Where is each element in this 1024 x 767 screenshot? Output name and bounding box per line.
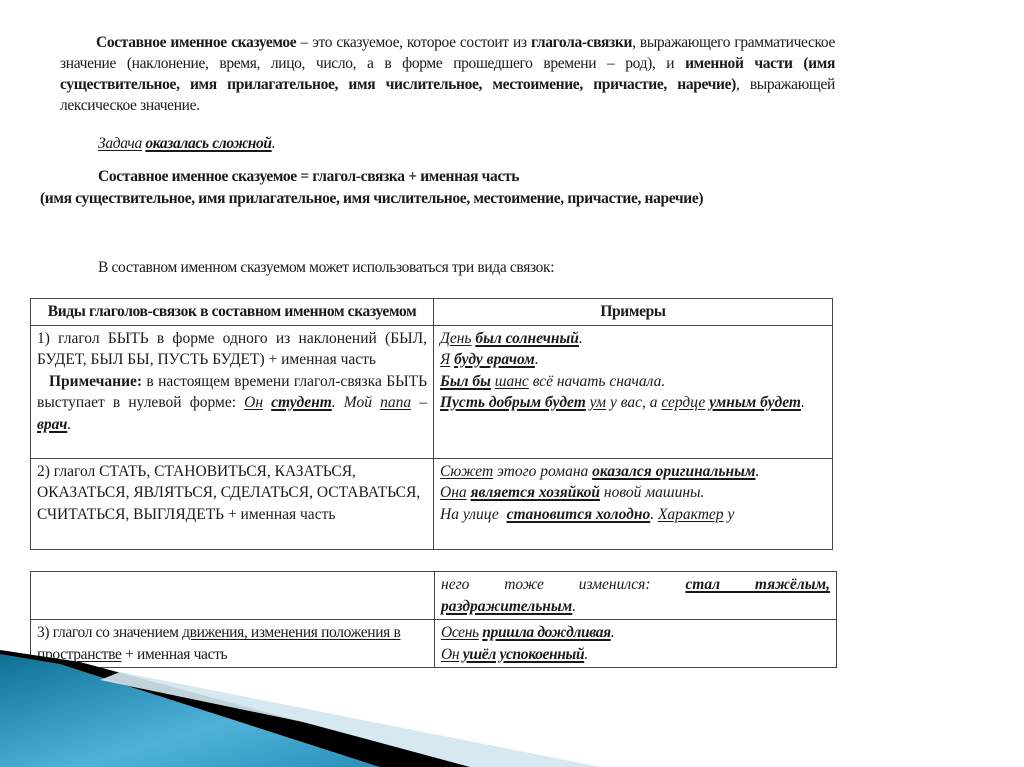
formula-title: Составное именное сказуемое = глагол-свя…	[98, 166, 519, 187]
examples-cell-1: День был солнечный. Я буду врачом. Был б…	[434, 325, 833, 458]
example-text: .	[801, 394, 805, 411]
type-description: 3) глагол со значением	[37, 624, 182, 641]
example-predicate: был солнечный	[475, 330, 579, 347]
example-text: .	[579, 330, 583, 347]
example-subject: Задача	[98, 135, 142, 152]
example-predicate: оказался оригинальным	[592, 463, 755, 480]
example-word: Характер	[658, 506, 724, 523]
example-line: Сюжет этого романа оказался оригинальным…	[440, 461, 826, 483]
example-word: Я	[440, 351, 450, 368]
example-line: Пусть добрым будет ум у вас, а сердце ум…	[440, 392, 826, 414]
definition-link-verb: глагола-связки	[531, 34, 632, 51]
example-word: Сюжет	[440, 463, 493, 480]
example-text: На улице	[440, 506, 507, 523]
table-header-row: Виды глаголов-связок в составном именном…	[31, 299, 833, 326]
note-example-word: студент	[271, 394, 332, 411]
example-text: этого романа	[493, 463, 592, 480]
note-example-word: папа	[380, 394, 411, 411]
definition-text: – это сказуемое, которое состоит из	[296, 34, 531, 51]
example-sentence: Задача оказалась сложной.	[98, 133, 275, 154]
example-text: у	[724, 506, 735, 523]
note-example-text: .	[67, 416, 71, 433]
example-line: На улице становится холодно. Характер у	[440, 504, 826, 526]
example-word: Она	[440, 484, 467, 501]
table-row: него тоже изменился: стал тяжёлым, раздр…	[31, 572, 837, 620]
example-word: шанс	[495, 373, 529, 390]
example-text: него тоже изменился:	[441, 576, 685, 593]
example-predicate: Пусть добрым будет	[440, 394, 586, 411]
type-cell-1: 1) глагол БЫТЬ в форме одного из наклоне…	[31, 325, 434, 458]
example-text: .	[572, 598, 576, 615]
definition-paragraph: Составное именное сказуемое – это сказуе…	[60, 32, 835, 116]
empty-cell	[31, 572, 435, 620]
examples-cell-2-continued: него тоже изменился: стал тяжёлым, раздр…	[435, 572, 837, 620]
example-text: новой машины.	[600, 484, 704, 501]
example-word: ум	[590, 394, 606, 411]
example-predicate: становится холодно	[507, 506, 651, 523]
example-predicate: оказалась сложной	[145, 135, 271, 152]
table-row: 1) глагол БЫТЬ в форме одного из наклоне…	[31, 325, 833, 458]
example-text: .	[755, 463, 759, 480]
definition-term: Составное именное сказуемое	[96, 34, 296, 51]
note-example-text	[263, 394, 271, 411]
header-examples: Примеры	[434, 299, 833, 326]
header-types: Виды глаголов-связок в составном именном…	[31, 299, 434, 326]
note-example-text: –	[411, 394, 427, 411]
example-line: Был бы шанс всё начать сначала.	[440, 371, 826, 393]
example-word: сердце	[661, 394, 705, 411]
example-text: у вас, а	[606, 394, 661, 411]
link-verbs-table: Виды глаголов-связок в составном именном…	[30, 298, 833, 550]
note-label: Примечание:	[49, 373, 142, 390]
example-predicate: умным будет	[709, 394, 801, 411]
example-text: .	[611, 624, 615, 641]
table-row: 2) глагол СТАТЬ, СТАНОВИТЬСЯ, КАЗАТЬСЯ, …	[31, 458, 833, 549]
example-predicate: является хозяйкой	[471, 484, 601, 501]
example-predicate: Был бы	[440, 373, 491, 390]
example-line: Я буду врачом.	[440, 349, 826, 371]
note-example-text: . Мой	[332, 394, 380, 411]
three-types-heading: В составном именном сказуемом может испо…	[98, 257, 554, 278]
example-text: .	[650, 506, 658, 523]
example-word: Осень	[441, 624, 479, 641]
formula-detail: (имя существительное, имя прилагательное…	[40, 188, 832, 209]
example-predicate: буду врачом	[454, 351, 535, 368]
note-example-word: Он	[244, 394, 263, 411]
slide-corner-decoration	[0, 640, 1024, 767]
example-line: День был солнечный.	[440, 328, 826, 350]
example-text: .	[535, 351, 539, 368]
punctuation: .	[272, 135, 276, 152]
examples-cell-2: Сюжет этого романа оказался оригинальным…	[434, 458, 833, 549]
example-line: Она является хозяйкой новой машины.	[440, 482, 826, 504]
type-cell-2: 2) глагол СТАТЬ, СТАНОВИТЬСЯ, КАЗАТЬСЯ, …	[31, 458, 434, 549]
example-text: всё начать сначала.	[529, 373, 665, 390]
example-word: День	[440, 330, 471, 347]
type-description: 1) глагол БЫТЬ в форме одного из наклоне…	[37, 330, 427, 369]
note-example-word: врач	[37, 416, 67, 433]
example-predicate: пришла дождливая	[482, 624, 611, 641]
